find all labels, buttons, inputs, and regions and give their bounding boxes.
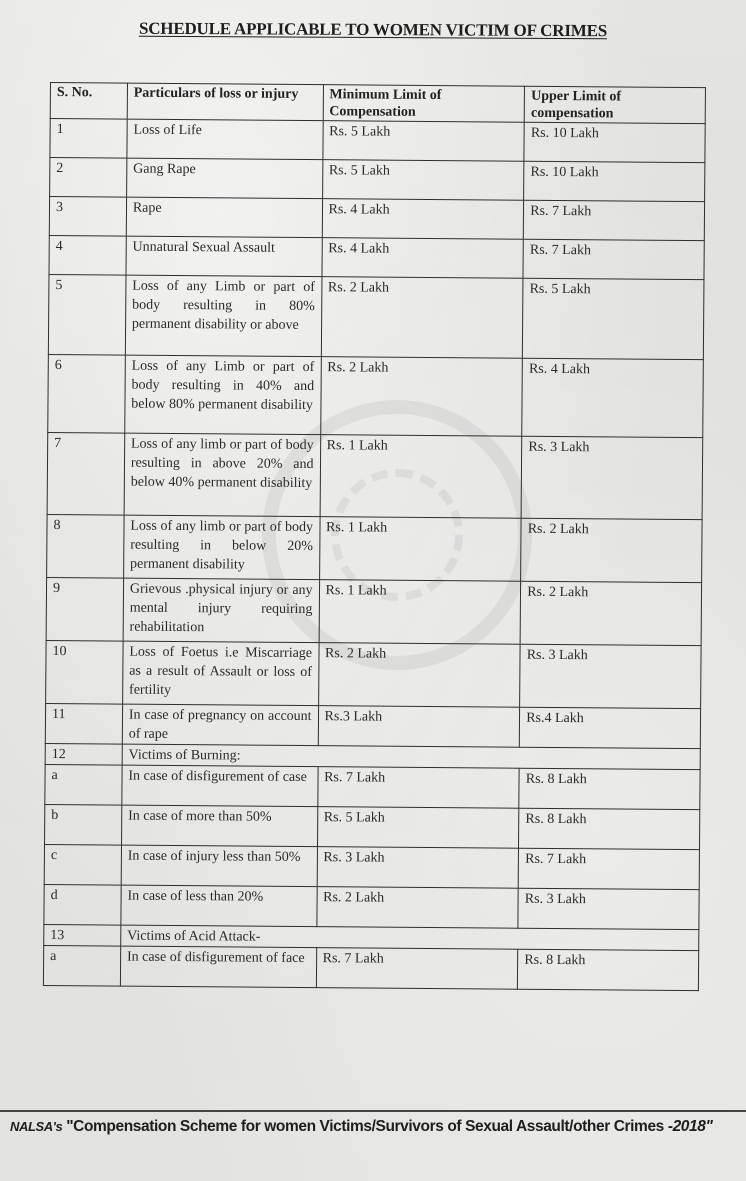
table-row: 7 Loss of any limb or part of body resul… <box>47 432 703 519</box>
cell-min: Rs. 1 Lakh <box>319 517 521 582</box>
cell-sno: 9 <box>46 577 123 641</box>
table-row: a In case of disfigurement of face Rs. 7… <box>43 945 698 990</box>
cell-particulars: Loss of any limb or part of body resulti… <box>124 433 320 517</box>
document-page: SCHEDULE APPLICABLE TO WOMEN VICTIM OF C… <box>0 0 746 1181</box>
cell-sno: a <box>45 764 122 805</box>
cell-max: Rs. 10 Lakh <box>524 161 705 201</box>
table-row: 6 Loss of any Limb or part of body resul… <box>48 354 704 437</box>
cell-min: Rs. 2 Lakh <box>316 887 518 929</box>
cell-sno: 1 <box>50 119 127 159</box>
table-row: 10 Loss of Foetus i.e Miscarriage as a r… <box>46 640 701 708</box>
cell-sno: 12 <box>45 743 122 765</box>
footer-divider <box>0 1110 746 1112</box>
cell-min: Rs. 1 Lakh <box>319 580 521 645</box>
footer-text: "Compensation Scheme for women Victims/S… <box>66 1118 664 1135</box>
cell-min: Rs. 1 Lakh <box>320 435 522 519</box>
cell-particulars: Loss of Foetus i.e Miscarriage as a resu… <box>122 641 318 706</box>
cell-particulars: Gang Rape <box>126 158 322 199</box>
cell-particulars: In case of injury less than 50% <box>121 845 317 887</box>
cell-sno: b <box>45 804 122 845</box>
cell-min: Rs. 5 Lakh <box>322 121 524 162</box>
cell-min: Rs. 2 Lakh <box>318 643 520 708</box>
cell-max: Rs. 3 Lakh <box>520 644 701 708</box>
table-row: c In case of injury less than 50% Rs. 3 … <box>44 844 699 889</box>
cell-sno: 4 <box>49 235 126 275</box>
header-upper-limit: Upper Limit of compensation <box>524 86 705 123</box>
cell-min: Rs. 3 Lakh <box>317 847 519 889</box>
cell-particulars: In case of disfigurement of case <box>122 765 318 807</box>
footer-year: -2018" <box>668 1118 713 1135</box>
cell-particulars: Rape <box>126 197 322 238</box>
table-header-row: S. No. Particulars of loss or injury Min… <box>50 83 705 124</box>
cell-sno: 5 <box>48 274 125 355</box>
cell-particulars: Loss of any Limb or part of body resulti… <box>125 355 321 435</box>
cell-particulars: Grievous .physical injury or any mental … <box>123 578 319 643</box>
cell-sno: a <box>43 945 120 986</box>
header-sno: S. No. <box>50 83 127 120</box>
cell-particulars: In case of disfigurement of face <box>120 946 316 988</box>
cell-sno: 8 <box>47 514 124 578</box>
cell-max: Rs.4 Lakh <box>520 707 701 748</box>
cell-particulars: In case of pregnancy on account of rape <box>122 704 318 746</box>
cell-sno: 7 <box>47 432 125 515</box>
cell-max: Rs. 4 Lakh <box>522 358 703 437</box>
cell-max: Rs. 2 Lakh <box>520 581 701 645</box>
cell-max: Rs. 8 Lakh <box>518 949 699 990</box>
cell-min: Rs. 2 Lakh <box>320 357 522 437</box>
cell-max: Rs. 7 Lakh <box>524 200 705 240</box>
cell-min: Rs. 5 Lakh <box>317 807 519 849</box>
cell-sno: 13 <box>44 924 121 946</box>
table-row: 5 Loss of any Limb or part of body resul… <box>48 274 704 359</box>
footer-caption: NALSA's "Compensation Scheme for women V… <box>10 1116 740 1137</box>
cell-particulars: In case of more than 50% <box>121 805 317 847</box>
page-title: SCHEDULE APPLICABLE TO WOMEN VICTIM OF C… <box>0 18 746 42</box>
table-row: 2 Gang Rape Rs. 5 Lakh Rs. 10 Lakh <box>50 158 705 202</box>
cell-max: Rs. 8 Lakh <box>519 808 700 849</box>
cell-particulars: Unnatural Sexual Assault <box>126 236 322 277</box>
cell-max: Rs. 2 Lakh <box>521 518 702 582</box>
compensation-table: S. No. Particulars of loss or injury Min… <box>43 82 706 991</box>
cell-max: Rs. 7 Lakh <box>518 848 699 889</box>
cell-sno: d <box>44 884 121 925</box>
table-row: d In case of less than 20% Rs. 2 Lakh Rs… <box>44 884 699 929</box>
cell-particulars: Loss of Life <box>127 119 323 160</box>
cell-particulars: Loss of any limb or part of body resulti… <box>123 515 319 580</box>
compensation-table-wrapper: S. No. Particulars of loss or injury Min… <box>43 82 706 991</box>
table-row: 8 Loss of any limb or part of body resul… <box>47 514 702 582</box>
cell-min: Rs. 4 Lakh <box>322 199 524 240</box>
header-particulars: Particulars of loss or injury <box>127 83 323 121</box>
cell-max: Rs. 3 Lakh <box>518 888 699 929</box>
cell-max: Rs. 8 Lakh <box>519 768 700 809</box>
table-row: 1 Loss of Life Rs. 5 Lakh Rs. 10 Lakh <box>50 119 705 163</box>
table-row: b In case of more than 50% Rs. 5 Lakh Rs… <box>45 804 700 849</box>
table-row: 11 In case of pregnancy on account of ra… <box>45 703 700 748</box>
cell-sno: 2 <box>50 158 127 198</box>
cell-sno: 10 <box>46 640 123 704</box>
cell-sno: c <box>44 844 121 885</box>
cell-sno: 3 <box>49 197 126 237</box>
cell-min: Rs. 7 Lakh <box>316 948 518 990</box>
table-row: 3 Rape Rs. 4 Lakh Rs. 7 Lakh <box>49 197 704 241</box>
table-row: a In case of disfigurement of case Rs. 7… <box>45 764 700 809</box>
cell-min: Rs. 2 Lakh <box>321 277 523 359</box>
cell-sno: 6 <box>48 354 125 433</box>
cell-min: Rs. 5 Lakh <box>322 160 524 201</box>
table-row: 9 Grievous .physical injury or any menta… <box>46 577 701 645</box>
table-row: 4 Unnatural Sexual Assault Rs. 4 Lakh Rs… <box>49 235 704 279</box>
cell-particulars: Loss of any Limb or part of body resulti… <box>125 275 321 357</box>
cell-min: Rs. 4 Lakh <box>322 238 524 279</box>
header-min-limit: Minimum Limit of Compensation <box>323 85 525 123</box>
cell-max: Rs. 10 Lakh <box>524 122 705 162</box>
cell-sno: 11 <box>45 703 122 744</box>
cell-max: Rs. 5 Lakh <box>523 278 704 359</box>
cell-max: Rs. 7 Lakh <box>523 239 704 279</box>
cell-particulars: In case of less than 20% <box>121 885 317 927</box>
cell-min: Rs. 7 Lakh <box>317 767 519 809</box>
cell-min: Rs.3 Lakh <box>318 706 520 748</box>
footer-org: NALSA's <box>10 1119 62 1134</box>
cell-max: Rs. 3 Lakh <box>521 436 702 519</box>
